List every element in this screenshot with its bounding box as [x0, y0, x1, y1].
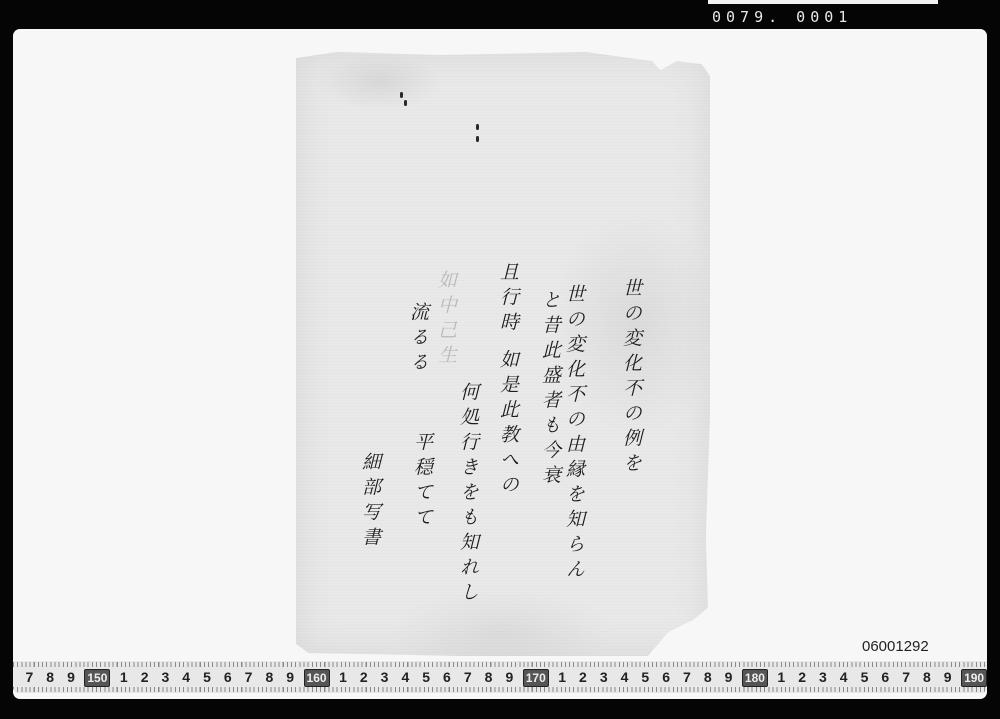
- film-edge-strip: [708, 0, 938, 4]
- ruler-label: 8: [259, 669, 280, 687]
- ruler-label: 9: [61, 669, 82, 687]
- ruler-label: 2: [792, 669, 813, 687]
- manuscript-column-2: 世の変化不の由縁を知らん: [564, 284, 583, 584]
- ruler-label: 8: [478, 669, 499, 687]
- ruler-label: 7: [896, 669, 917, 687]
- ruler-label: 7: [19, 669, 40, 687]
- ruler-label: 7: [677, 669, 698, 687]
- ruler-label: 6: [875, 669, 896, 687]
- manuscript-column-5: 何処行きをも知れし: [458, 382, 477, 607]
- manuscript-column-1: 世の変化不の例を: [621, 278, 640, 478]
- manuscript-column-6: 平穏てて: [412, 432, 431, 532]
- ruler-label: 1: [552, 669, 573, 687]
- ruler-label: 170: [523, 669, 549, 687]
- ruler-label: 7: [238, 669, 259, 687]
- manuscript-faint-column: 如中己生: [436, 270, 455, 370]
- measurement-ruler: 7891501234567891601234567891701234567891…: [13, 661, 987, 693]
- ruler-label: 160: [304, 669, 330, 687]
- ruler-label: 4: [614, 669, 635, 687]
- manuscript-paper: 世の変化不の例を 世の変化不の由縁を知らん と昔此盛者も今衰 且行時 如是此教へ…: [296, 52, 710, 656]
- ruler-label: 4: [176, 669, 197, 687]
- ruler-labels: 7891501234567891601234567891701234567891…: [19, 669, 987, 687]
- reel-frame-number: 0079. 0001: [712, 8, 852, 26]
- ruler-label: 2: [353, 669, 374, 687]
- ink-mark: [400, 92, 403, 98]
- ruler-label: 3: [374, 669, 395, 687]
- ruler-label: 8: [697, 669, 718, 687]
- ruler-label: 180: [742, 669, 768, 687]
- manuscript-column-7: 流るる: [408, 302, 427, 377]
- ruler-ticks-top: [13, 662, 987, 667]
- ruler-label: 6: [437, 669, 458, 687]
- ruler-label: 6: [656, 669, 677, 687]
- ruler-label: 2: [573, 669, 594, 687]
- manuscript-column-4: 且行時 如是此教への: [498, 262, 517, 499]
- ruler-label: 9: [499, 669, 520, 687]
- ruler-label: 8: [40, 669, 61, 687]
- ruler-label: 5: [416, 669, 437, 687]
- ruler-label: 9: [718, 669, 739, 687]
- ink-mark: [404, 100, 407, 106]
- ink-mark: [476, 124, 479, 130]
- ruler-label: 2: [134, 669, 155, 687]
- ruler-label: 8: [916, 669, 937, 687]
- ruler-label: 3: [593, 669, 614, 687]
- ruler-label: 6: [217, 669, 238, 687]
- archive-reference-number: 06001292: [862, 638, 929, 655]
- ruler-label: 4: [395, 669, 416, 687]
- ink-mark: [476, 136, 479, 142]
- ruler-label: 190: [961, 669, 987, 687]
- ruler-ticks-bottom: [13, 687, 987, 692]
- manuscript-signature: 細部写書: [360, 452, 379, 552]
- ruler-label: 5: [854, 669, 875, 687]
- ruler-label: 9: [937, 669, 958, 687]
- ruler-label: 9: [280, 669, 301, 687]
- manuscript-column-3: と昔此盛者も今衰: [540, 290, 559, 490]
- ruler-label: 4: [833, 669, 854, 687]
- ruler-label: 5: [197, 669, 218, 687]
- ruler-label: 3: [155, 669, 176, 687]
- ruler-label: 1: [113, 669, 134, 687]
- ruler-label: 5: [635, 669, 656, 687]
- ruler-label: 1: [771, 669, 792, 687]
- ruler-label: 3: [813, 669, 834, 687]
- ruler-label: 7: [457, 669, 478, 687]
- ruler-label: 150: [84, 669, 110, 687]
- ruler-label: 1: [333, 669, 354, 687]
